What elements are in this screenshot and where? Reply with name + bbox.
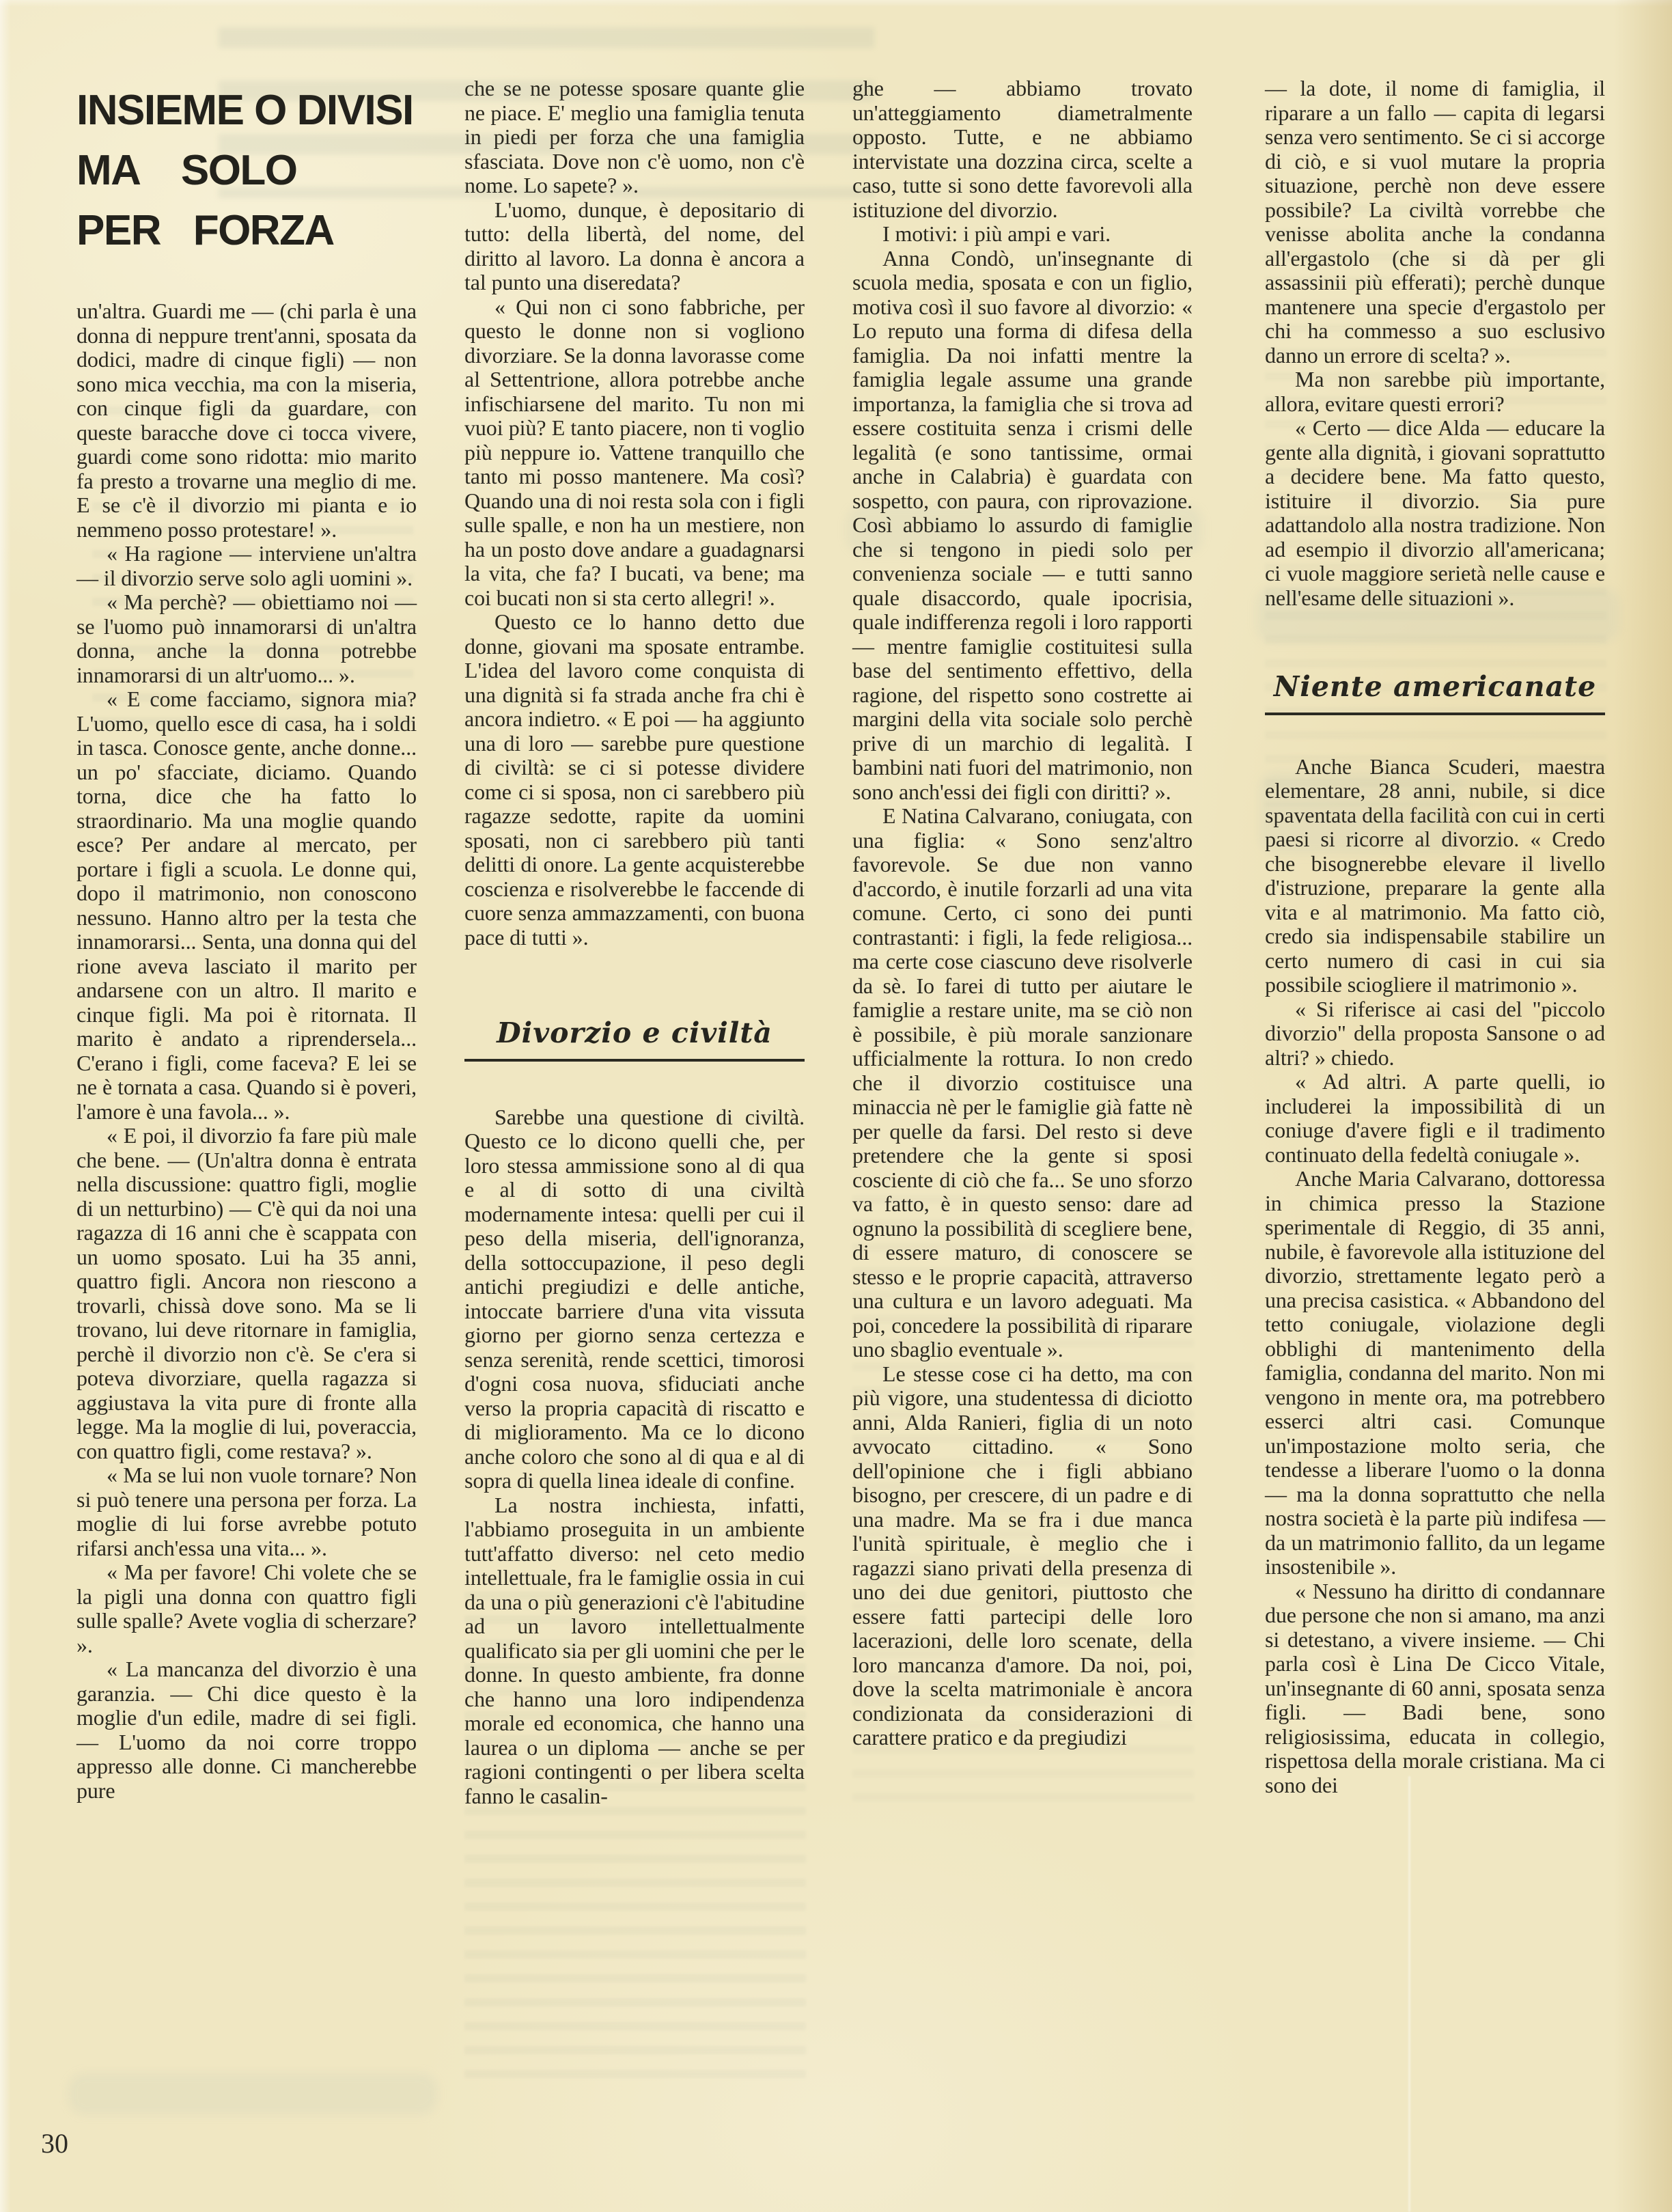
article-title-line-1: INSIEME O DIVISI — [76, 81, 459, 141]
section-heading-text: Divorzio e civiltà — [497, 1019, 772, 1047]
paragraph: Anche Bianca Scuderi, maestra elementare… — [1265, 755, 1605, 997]
paragraph: « La mancanza del divorzio è una garanzi… — [76, 1657, 417, 1803]
paragraph: E Natina Calvarano, coniugata, con una f… — [852, 804, 1193, 1362]
paragraph: I motivi: i più ampi e vari. — [852, 222, 1193, 247]
paragraph: Anna Condò, un'insegnante di scuola medi… — [852, 247, 1193, 805]
paragraph: Le stesse cose ci ha detto, ma con più v… — [852, 1362, 1193, 1750]
paragraph: La nostra inchiesta, infatti, l'abbiamo … — [464, 1493, 805, 1809]
paragraph: « Si riferisce ai casi del "piccolo divo… — [1265, 997, 1605, 1070]
paragraph: Anche Maria Calvarano, dottoressa in chi… — [1265, 1167, 1605, 1579]
section-heading-niente-americanate: Niente americanate — [1265, 673, 1605, 715]
magazine-page: INSIEME O DIVISI MA SOLO PER FORZA un'al… — [0, 0, 1672, 2212]
paragraph: — la dote, il nome di famiglia, il ripar… — [1265, 77, 1605, 368]
section-heading-divorzio-e-civilta: Divorzio e civiltà — [464, 1019, 805, 1062]
scan-smudge — [68, 2073, 437, 2114]
paragraph: « Ha ragione — interviene un'altra — il … — [76, 542, 417, 590]
article-title-line-2: MA SOLO — [76, 141, 459, 201]
section-heading-text: Niente americanate — [1274, 673, 1596, 701]
paragraph: L'uomo, dunque, è depositario di tutto: … — [464, 198, 805, 295]
paragraph: Questo ce lo hanno detto due donne, giov… — [464, 610, 805, 950]
heading-rule — [1265, 713, 1605, 715]
paragraph: « Nessuno ha diritto di condannare due p… — [1265, 1579, 1605, 1798]
paragraph: « Ma per favore! Chi volete che se la pi… — [76, 1560, 417, 1657]
heading-rule — [464, 1059, 805, 1062]
column-3: ghe — abbiamo trovato un'atteggiamento d… — [852, 77, 1193, 1750]
page-number: 30 — [41, 2130, 68, 2157]
paragraph: « E poi, il divorzio fa fare più male ch… — [76, 1124, 417, 1463]
article-title-line-3: PER FORZA — [76, 201, 459, 261]
column-2: che se ne potesse sposare quante glie ne… — [464, 77, 805, 1808]
paragraph: « Certo — dice Alda — educare la gente a… — [1265, 416, 1605, 610]
column-1: un'altra. Guardi me — (chi parla è una d… — [76, 299, 417, 1803]
paragraph: « Ma se lui non vuole tornare? Non si pu… — [76, 1463, 417, 1560]
paragraph: « E come facciamo, signora mia? L'uomo, … — [76, 687, 417, 1124]
paragraph: Sarebbe una questione di civiltà. Questo… — [464, 1105, 805, 1493]
article-title: INSIEME O DIVISI MA SOLO PER FORZA — [76, 81, 459, 261]
paragraph: che se ne potesse sposare quante glie ne… — [464, 77, 805, 198]
paragraph: « Ad altri. A parte quelli, io includere… — [1265, 1070, 1605, 1167]
column-4: — la dote, il nome di famiglia, il ripar… — [1265, 77, 1605, 1797]
paragraph: ghe — abbiamo trovato un'atteggiamento d… — [852, 77, 1193, 222]
paragraph: Ma non sarebbe più importante, allora, e… — [1265, 368, 1605, 416]
paragraph: un'altra. Guardi me — (chi parla è una d… — [76, 299, 417, 542]
paper-fold-line — [1408, 1776, 1410, 2212]
paragraph: « Qui non ci sono fabbriche, per questo … — [464, 295, 805, 611]
paragraph: « Ma perchè? — obiettiamo noi — se l'uom… — [76, 590, 417, 687]
